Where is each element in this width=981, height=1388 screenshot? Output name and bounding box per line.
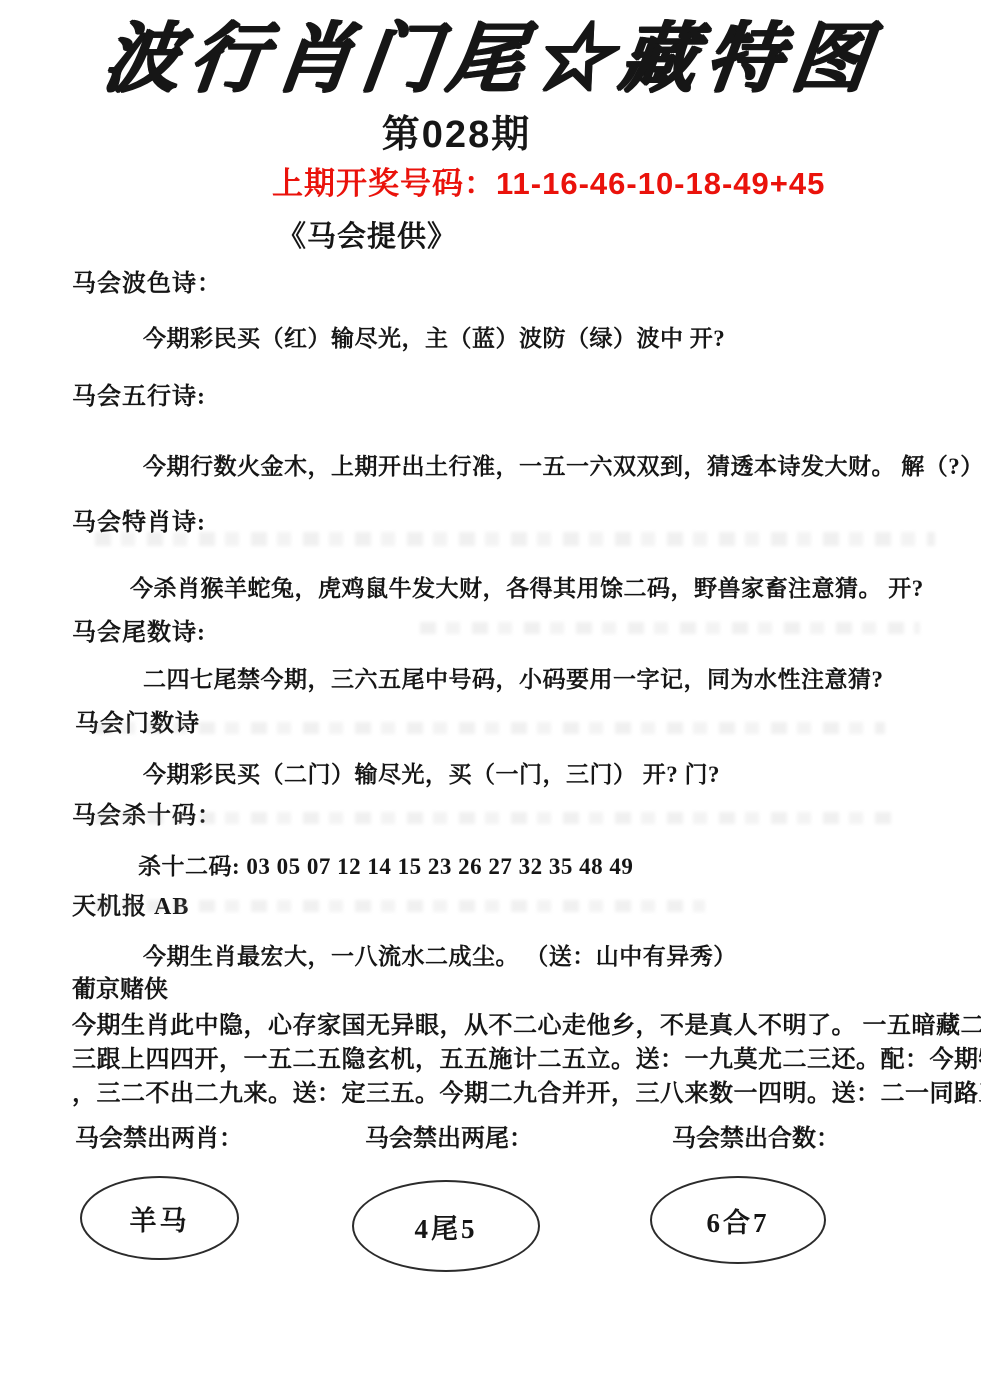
pujing-line-2: 三跟上四四开，一五二五隐玄机，五五施计二五立。送：一九莫尤二三还。配：今期特码应…	[72, 1039, 962, 1074]
forbidden-wei-value: 4尾5	[415, 1207, 478, 1246]
content-weishu-poem: 二四七尾禁今期，三六五尾中号码，小码要用一字记，同为水性注意猜?	[143, 661, 884, 694]
scan-artifact	[95, 722, 885, 734]
heading-menshu-poem: 马会门数诗	[75, 703, 200, 738]
heading-tianjibao: 天机报 AB	[72, 886, 189, 921]
forbidden-heshu-value: 6合7	[707, 1201, 770, 1240]
page-title: 波行肖门尾☆藏特图	[0, 16, 981, 103]
content-wuxing-poem: 今期行数火金木，上期开出土行准，一五一六双双到，猜透本诗发大财。 解（?）	[143, 448, 981, 481]
provider-note: 《马会提供》	[277, 214, 457, 255]
content-menshu-poem: 今期彩民买（二门）输尽光，买（一门，三门） 开? 门?	[143, 756, 720, 789]
issue-number: 第028期	[0, 103, 947, 158]
heading-wuxing-poem: 马会五行诗:	[72, 376, 206, 411]
heading-shashima: 马会杀十码：	[72, 795, 222, 830]
scan-artifact	[420, 622, 920, 634]
content-bose-poem: 今期彩民买（红）输尽光，主（蓝）波防（绿）波中 开?	[143, 320, 725, 353]
content-texiao-poem: 今杀肖猴羊蛇兔，虎鸡鼠牛发大财，各得其用馀二码，野兽家畜注意猜。 开?	[130, 570, 924, 603]
content-shashima-numbers: 杀十二码: 03 05 07 12 14 15 23 26 27 32 35 4…	[138, 848, 633, 881]
scan-artifact	[95, 532, 935, 546]
forbidden-shengxiao-value: 羊马	[130, 1199, 190, 1238]
heading-bose-poem: 马会波色诗：	[72, 263, 222, 298]
content-tianjibao: 今期生肖最宏大，一八流水二成尘。 （送：山中有异秀）	[143, 938, 737, 971]
pujing-line-3: ，三二不出二九来。送：定三五。今期二九合并开，三八来数一四明。送：二一同路三七灵	[72, 1073, 962, 1108]
heading-texiao-poem: 马会特肖诗:	[72, 502, 206, 537]
forbidden-wei-oval: 4尾5	[352, 1180, 540, 1272]
heading-pujing-duxia: 葡京赌侠	[72, 969, 168, 1004]
forbidden-wei-label: 马会禁出两尾：	[365, 1118, 533, 1153]
forbidden-shengxiao-label: 马会禁出两肖：	[75, 1118, 243, 1153]
forbidden-heshu-oval: 6合7	[650, 1176, 826, 1264]
forbidden-heshu-label: 马会禁出合数：	[672, 1118, 840, 1153]
forbidden-shengxiao-oval: 羊马	[80, 1176, 239, 1260]
pujing-line-1: 今期生肖此中隐，心存家国无异眼，从不二心走他乡，不是真人不明了。 一五暗藏二五求…	[72, 1005, 962, 1040]
heading-weishu-poem: 马会尾数诗:	[72, 612, 206, 647]
last-draw-numbers: 上期开奖号码：11-16-46-10-18-49+45	[272, 158, 825, 203]
